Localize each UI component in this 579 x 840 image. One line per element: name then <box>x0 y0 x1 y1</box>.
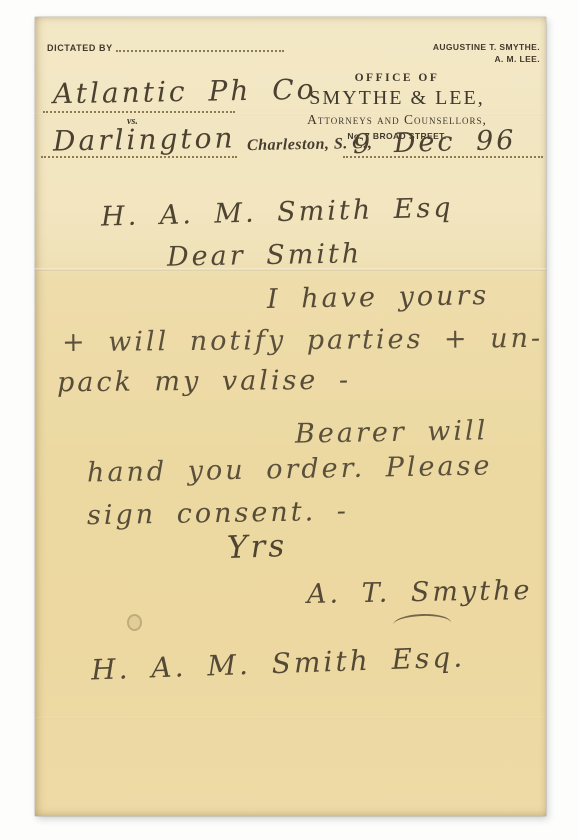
salutation-line: Dear Smith <box>167 238 363 272</box>
partner-name-smythe: AUGUSTINE T. SMYTHE. <box>433 41 540 53</box>
body-line-4: Bearer will <box>295 415 489 449</box>
dictated-by-dotted-line <box>116 50 284 52</box>
office-of-label: OFFICE OF <box>283 72 511 84</box>
body-line-3: pack my valise - <box>57 365 351 399</box>
paper-crease <box>35 717 546 719</box>
scanned-letter: DICTATED BY AUGUSTINE T. SMYTHE. A. M. L… <box>0 0 579 840</box>
plaintiff-dotted-line <box>43 111 235 113</box>
footer-addressee: H. A. M. Smith Esq. <box>91 640 466 686</box>
partner-names: AUGUSTINE T. SMYTHE. A. M. LEE. <box>433 41 540 65</box>
case-defendant: Darlington <box>53 121 236 157</box>
body-line-6: sign consent. - <box>87 496 349 532</box>
body-line-5: hand you order. Please <box>87 450 493 488</box>
body-line-2: + will notify parties + un- <box>62 323 543 358</box>
case-plaintiff: Atlantic Ph Co <box>53 73 317 111</box>
closing-line: Yrs <box>226 528 287 566</box>
letter-paper: DICTATED BY AUGUSTINE T. SMYTHE. A. M. L… <box>35 17 546 816</box>
signature: A. T. Smythe <box>307 575 533 610</box>
dictated-by-label: DICTATED BY <box>47 43 113 53</box>
body-line-1: I have yours <box>267 280 490 315</box>
defendant-dotted-line <box>41 156 237 158</box>
dictated-by-row: DICTATED BY <box>47 43 284 53</box>
recipient-line: H. A. M. Smith Esq <box>101 192 454 232</box>
signature-flourish <box>393 613 451 626</box>
handwritten-date: 9 Dec 96 <box>353 125 517 160</box>
firm-name: SMYTHE & LEE, <box>283 87 511 110</box>
ink-stain <box>127 614 142 631</box>
partner-name-lee: A. M. LEE. <box>433 53 540 65</box>
